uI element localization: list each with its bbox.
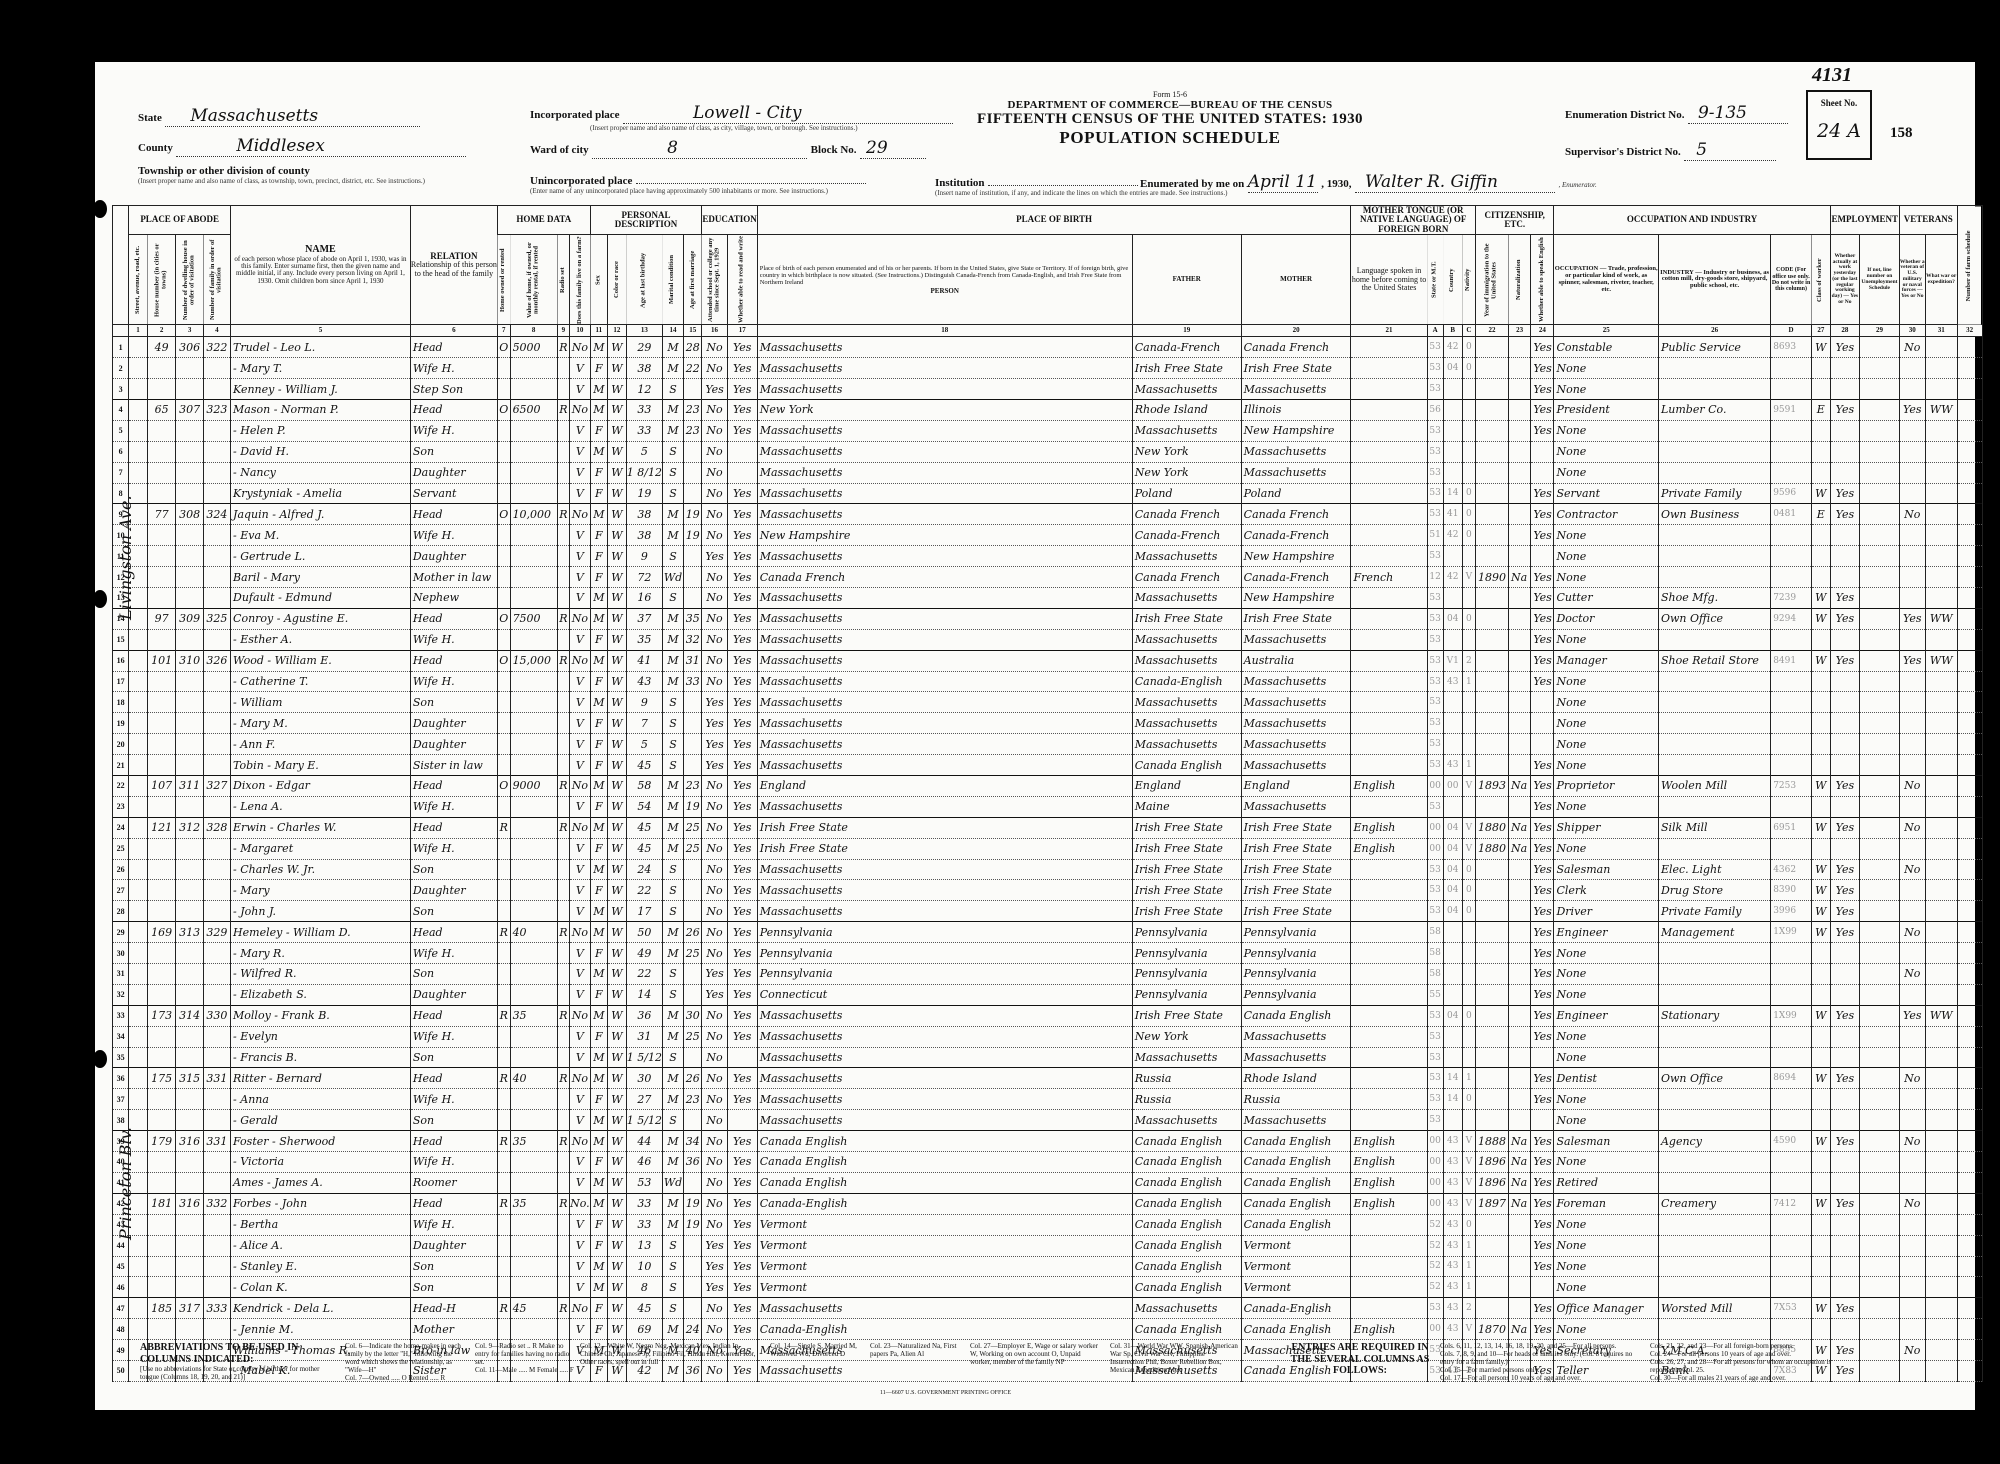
sex-cell: F xyxy=(590,734,607,755)
farm-cell: No xyxy=(570,817,591,838)
house-number-cell xyxy=(147,838,176,859)
read-write-cell: Yes xyxy=(727,650,757,671)
speaks-english-cell: Yes xyxy=(1531,1214,1554,1235)
farm-schedule-cell xyxy=(1957,1214,1982,1235)
farm-cell: V xyxy=(570,567,591,588)
race-cell: W xyxy=(608,1277,627,1298)
age-cell: 50 xyxy=(626,922,662,943)
age-cell: 24 xyxy=(626,859,662,880)
veteran-cell: Yes xyxy=(1899,1005,1925,1026)
immigration-year-cell: 1880 xyxy=(1475,838,1508,859)
marital-cell: S xyxy=(662,692,683,713)
unemployment-line-cell xyxy=(1860,567,1900,588)
home-value-cell xyxy=(510,859,557,880)
age-first-marriage-cell xyxy=(684,546,702,567)
enumerated-date: April 11 xyxy=(1248,172,1318,193)
family-number-cell xyxy=(203,462,230,483)
unincorporated-note: (Enter name of any unincorporated place … xyxy=(530,187,866,195)
occupation-code-cell xyxy=(1771,441,1812,462)
veteran-cell: No xyxy=(1899,1068,1925,1089)
age-first-marriage-cell: 30 xyxy=(684,1005,702,1026)
owned-rented-cell: R xyxy=(497,817,510,838)
naturalization-cell: Na xyxy=(1508,1152,1530,1173)
marital-cell: S xyxy=(662,462,683,483)
radio-cell: R xyxy=(557,608,569,629)
sex-cell: F xyxy=(590,1026,607,1047)
street-cell xyxy=(129,1298,148,1319)
race-cell: W xyxy=(608,525,627,546)
read-write-cell: Yes xyxy=(727,1277,757,1298)
code-b-cell: 14 xyxy=(1443,483,1462,504)
dwelling-number-cell xyxy=(176,1089,203,1110)
owned-rented-cell xyxy=(497,420,510,441)
code-a-cell: 53 xyxy=(1427,755,1443,776)
occupation-code-cell xyxy=(1771,964,1812,985)
unemployment-line-cell xyxy=(1860,671,1900,692)
person-name-cell: Trudel - Leo L. xyxy=(231,337,411,358)
table-row: 30- Mary R.Wife H.VFW49M25NoYesPennsylva… xyxy=(113,943,2000,964)
industry-cell xyxy=(1658,943,1770,964)
code-c-cell xyxy=(1462,1110,1475,1131)
street-cell xyxy=(129,629,148,650)
relation-cell: Step Son xyxy=(410,379,497,400)
code-b-cell xyxy=(1443,588,1462,609)
code-a-cell: 00 xyxy=(1427,1319,1443,1340)
house-number-cell: 49 xyxy=(147,337,176,358)
unemployment-line-cell xyxy=(1860,525,1900,546)
birthplace-father-cell: Irish Free State xyxy=(1132,880,1241,901)
unemployment-line-cell xyxy=(1860,734,1900,755)
family-number-cell: 330 xyxy=(203,1005,230,1026)
street-cell xyxy=(129,420,148,441)
farm-schedule-cell xyxy=(1957,1319,1982,1340)
read-write-cell: Yes xyxy=(727,1298,757,1319)
birthplace-mother-cell: Massachusetts xyxy=(1241,462,1351,483)
birthplace-person-cell: Vermont xyxy=(757,1214,1132,1235)
farm-cell: V xyxy=(570,1047,591,1068)
race-cell: W xyxy=(608,1235,627,1256)
speaks-english-cell: Yes xyxy=(1531,567,1554,588)
mother-tongue-cell: English xyxy=(1351,1152,1427,1173)
birthplace-person-cell: New York xyxy=(757,399,1132,420)
birthplace-mother-cell: Canada-French xyxy=(1241,567,1351,588)
occupation-cell: Engineer xyxy=(1554,922,1659,943)
line-number-header xyxy=(113,206,129,325)
code-c-cell: 1 xyxy=(1462,1277,1475,1298)
industry-cell: Management xyxy=(1658,922,1770,943)
age-first-marriage-cell xyxy=(684,734,702,755)
family-number-cell xyxy=(203,755,230,776)
class-of-worker-cell: W xyxy=(1811,337,1830,358)
occupation-cell: Cutter xyxy=(1554,588,1659,609)
house-number-cell: 97 xyxy=(147,608,176,629)
birthplace-person-cell: Massachusetts xyxy=(757,546,1132,567)
code-c-cell: 0 xyxy=(1462,504,1475,525)
relation-cell: Wife H. xyxy=(410,1026,497,1047)
line-number: 48 xyxy=(113,1319,129,1340)
birthplace-person-cell: Massachusetts xyxy=(757,1110,1132,1131)
age-cell: 72 xyxy=(626,567,662,588)
dwelling-number-cell xyxy=(176,1110,203,1131)
birthplace-mother-cell: Irish Free State xyxy=(1241,901,1351,922)
mother-tongue-cell xyxy=(1351,1089,1427,1110)
owned-rented-cell xyxy=(497,1026,510,1047)
veteran-cell xyxy=(1899,1110,1925,1131)
farm-cell: V xyxy=(570,1319,591,1340)
age-first-marriage-cell xyxy=(684,1172,702,1193)
class-of-worker-cell xyxy=(1811,1110,1830,1131)
home-data-header: HOME DATA xyxy=(497,206,590,235)
naturalization-cell xyxy=(1508,859,1530,880)
age-first-marriage-cell: 26 xyxy=(684,1068,702,1089)
line-number: 25 xyxy=(113,838,129,859)
birthplace-father-cell: Canada English xyxy=(1132,1172,1241,1193)
race-cell: W xyxy=(608,922,627,943)
person-name-cell: Forbes - John xyxy=(231,1193,411,1214)
war-cell xyxy=(1925,358,1957,379)
code-a-cell: 53 xyxy=(1427,441,1443,462)
speaks-english-cell: Yes xyxy=(1531,755,1554,776)
abbrev-col31: Col. 31—World War WW, Spanish-American W… xyxy=(1110,1342,1240,1374)
read-write-cell xyxy=(727,441,757,462)
read-write-cell: Yes xyxy=(727,1026,757,1047)
birthplace-mother-cell: Canada French xyxy=(1241,337,1351,358)
age-cell: 9 xyxy=(626,692,662,713)
immigration-header: Year of immigration to the United States xyxy=(1475,235,1508,325)
birthplace-mother-cell: Rhode Island xyxy=(1241,1068,1351,1089)
family-number-cell: 325 xyxy=(203,608,230,629)
immigration-year-cell xyxy=(1475,525,1508,546)
home-value-cell xyxy=(510,984,557,1005)
street-cell xyxy=(129,984,148,1005)
veteran-cell xyxy=(1899,441,1925,462)
immigration-year-cell xyxy=(1475,546,1508,567)
house-number-header: House number (in cities or towns) xyxy=(147,235,176,325)
person-name-cell: - Jennie M. xyxy=(231,1319,411,1340)
read-write-cell: Yes xyxy=(727,1005,757,1026)
home-value-cell xyxy=(510,441,557,462)
relation-cell: Head xyxy=(410,817,497,838)
sex-cell: F xyxy=(590,525,607,546)
class-of-worker-cell xyxy=(1811,692,1830,713)
farm-cell: No xyxy=(570,650,591,671)
naturalization-cell xyxy=(1508,1235,1530,1256)
at-work-cell: Yes xyxy=(1830,337,1859,358)
speaks-english-cell: Yes xyxy=(1531,964,1554,985)
industry-cell xyxy=(1658,713,1770,734)
birthplace-person-cell: Massachusetts xyxy=(757,462,1132,483)
unemployment-line-cell xyxy=(1860,483,1900,504)
radio-cell xyxy=(557,629,569,650)
mother-tongue-cell: French xyxy=(1351,567,1427,588)
marital-cell: M xyxy=(662,525,683,546)
farm-cell: V xyxy=(570,525,591,546)
birthplace-person-cell: Vermont xyxy=(757,1235,1132,1256)
owned-rented-cell xyxy=(497,1319,510,1340)
person-name-cell: Dixon - Edgar xyxy=(231,776,411,797)
farm-cell: V xyxy=(570,880,591,901)
speaks-english-cell: Yes xyxy=(1531,1319,1554,1340)
person-name-cell: - Wilfred R. xyxy=(231,964,411,985)
house-number-cell xyxy=(147,525,176,546)
read-write-cell: Yes xyxy=(727,859,757,880)
mother-tongue-cell xyxy=(1351,964,1427,985)
incorporated-label: Incorporated place xyxy=(530,109,620,121)
relation-cell: Head xyxy=(410,1005,497,1026)
supervisor-district-field: Supervisor's District No. 5 xyxy=(1565,140,1776,161)
war-cell xyxy=(1925,964,1957,985)
mother-tongue-header: MOTHER TONGUE (OR NATIVE LANGUAGE) OF FO… xyxy=(1351,206,1476,235)
code-b-cell xyxy=(1443,964,1462,985)
war-cell xyxy=(1925,859,1957,880)
naturalization-cell: Na xyxy=(1508,817,1530,838)
personal-description-header: PERSONAL DESCRIPTION xyxy=(590,206,702,235)
at-work-cell: Yes xyxy=(1830,1131,1859,1152)
birthplace-mother-cell: Irish Free State xyxy=(1241,608,1351,629)
class-of-worker-cell: W xyxy=(1811,901,1830,922)
radio-cell: R xyxy=(557,1131,569,1152)
table-row: 8Krystyniak - AmeliaServantVFW19SNoYesMa… xyxy=(113,483,2000,504)
birthplace-father-cell: Canada English xyxy=(1132,1193,1241,1214)
school-cell: No xyxy=(702,901,727,922)
dwelling-number-cell xyxy=(176,588,203,609)
table-row: 27- MaryDaughterVFW22SNoYesMassachusetts… xyxy=(113,880,2000,901)
code-a-header: State or M.T. xyxy=(1427,235,1443,325)
mother-tongue-cell xyxy=(1351,1214,1427,1235)
occupation-code-cell xyxy=(1771,713,1812,734)
class-of-worker-cell xyxy=(1811,546,1830,567)
birthplace-mother-cell: Irish Free State xyxy=(1241,817,1351,838)
code-c-cell xyxy=(1462,546,1475,567)
relation-cell: Wife H. xyxy=(410,1214,497,1235)
veteran-cell xyxy=(1899,713,1925,734)
class-of-worker-cell: W xyxy=(1811,483,1830,504)
mother-tongue-cell xyxy=(1351,1256,1427,1277)
naturalization-cell: Na xyxy=(1508,1172,1530,1193)
school-cell: No xyxy=(702,776,727,797)
mother-tongue-cell: English xyxy=(1351,1193,1427,1214)
age-cell: 33 xyxy=(626,399,662,420)
radio-cell xyxy=(557,713,569,734)
family-number-cell xyxy=(203,859,230,880)
table-row: 10- Eva M.Wife H.VFW38M19NoYesNew Hampsh… xyxy=(113,525,2000,546)
war-cell xyxy=(1925,1360,1957,1381)
age-first-marriage-cell xyxy=(684,1256,702,1277)
unemployment-line-cell xyxy=(1860,1047,1900,1068)
dwelling-number-header: Number of dwelling house in order of vis… xyxy=(176,235,203,325)
age-cell: 22 xyxy=(626,964,662,985)
mother-tongue-cell: English xyxy=(1351,1319,1427,1340)
family-number-cell xyxy=(203,379,230,400)
naturalization-cell xyxy=(1508,922,1530,943)
race-cell: W xyxy=(608,504,627,525)
code-a-cell: 52 xyxy=(1427,1256,1443,1277)
farm-schedule-cell xyxy=(1957,1110,1982,1131)
birthplace-mother-cell: Poland xyxy=(1241,483,1351,504)
dwelling-number-cell xyxy=(176,1277,203,1298)
age-cell: 43 xyxy=(626,671,662,692)
immigration-year-cell xyxy=(1475,734,1508,755)
occupation-code-cell xyxy=(1771,1026,1812,1047)
age-cell: 44 xyxy=(626,1131,662,1152)
birthplace-person-cell: Canada-English xyxy=(757,1193,1132,1214)
radio-cell: R xyxy=(557,776,569,797)
naturalization-cell xyxy=(1508,629,1530,650)
war-cell xyxy=(1925,1340,1957,1361)
at-work-cell: Yes xyxy=(1830,880,1859,901)
unemployment-line-cell xyxy=(1860,1131,1900,1152)
code-a-cell: 53 xyxy=(1427,1026,1443,1047)
occupation-cell: Contractor xyxy=(1554,504,1659,525)
at-work-cell xyxy=(1830,713,1859,734)
code-c-cell: 0 xyxy=(1462,337,1475,358)
sex-cell: F xyxy=(590,796,607,817)
radio-cell: R xyxy=(557,399,569,420)
farm-schedule-cell xyxy=(1957,901,1982,922)
table-row: 44- Alice A.DaughterVFW13SYesYesVermontC… xyxy=(113,1235,2000,1256)
code-b-cell: 43 xyxy=(1443,755,1462,776)
age-first-marriage-cell xyxy=(684,901,702,922)
class-of-worker-cell: E xyxy=(1811,399,1830,420)
sex-cell: F xyxy=(590,1235,607,1256)
war-cell xyxy=(1925,922,1957,943)
speak-english-header: Whether able to speak English xyxy=(1531,235,1554,325)
veteran-cell xyxy=(1899,671,1925,692)
table-row: 40- VictoriaWife H.VFW46M36NoYesCanada E… xyxy=(113,1152,2000,1173)
code-b-header: Country xyxy=(1443,235,1462,325)
war-cell xyxy=(1925,546,1957,567)
radio-cell: R xyxy=(557,1298,569,1319)
code-b-cell: 04 xyxy=(1443,1005,1462,1026)
school-cell: No xyxy=(702,838,727,859)
code-a-cell: 56 xyxy=(1427,399,1443,420)
birthplace-father-cell: Pennsylvania xyxy=(1132,943,1241,964)
race-cell: W xyxy=(608,964,627,985)
table-row: 11- Gertrude L.DaughterVFW9SYesYesMassac… xyxy=(113,546,2000,567)
sex-cell: F xyxy=(590,629,607,650)
birthplace-mother-cell: Russia xyxy=(1241,1089,1351,1110)
birthplace-mother-cell: Canada English xyxy=(1241,1193,1351,1214)
veteran-cell xyxy=(1899,1319,1925,1340)
sex-cell: F xyxy=(590,567,607,588)
relation-cell: Head xyxy=(410,504,497,525)
owned-rented-cell xyxy=(497,525,510,546)
race-cell: W xyxy=(608,734,627,755)
code-a-cell: 00 xyxy=(1427,817,1443,838)
birthplace-person-cell: Pennsylvania xyxy=(757,943,1132,964)
code-a-cell: 58 xyxy=(1427,943,1443,964)
class-of-worker-cell: E xyxy=(1811,504,1830,525)
birthplace-person-cell: Massachusetts xyxy=(757,713,1132,734)
relation-cell: Son xyxy=(410,901,497,922)
code-b-cell: 41 xyxy=(1443,504,1462,525)
read-write-cell: Yes xyxy=(727,1172,757,1193)
occupation-cell: None xyxy=(1554,1047,1659,1068)
sex-cell: M xyxy=(590,1256,607,1277)
family-number-cell xyxy=(203,671,230,692)
marital-cell: S xyxy=(662,546,683,567)
sex-cell: M xyxy=(590,1110,607,1131)
person-name-cell: Erwin - Charles W. xyxy=(231,817,411,838)
war-cell xyxy=(1925,838,1957,859)
race-cell: W xyxy=(608,441,627,462)
birthplace-person-cell: Massachusetts xyxy=(757,755,1132,776)
marital-cell: S xyxy=(662,755,683,776)
speaks-english-cell: Yes xyxy=(1531,420,1554,441)
column-number: 4 xyxy=(203,325,230,337)
race-cell: W xyxy=(608,796,627,817)
school-cell: No xyxy=(702,650,727,671)
column-number: 11 xyxy=(590,325,607,337)
street-cell xyxy=(129,776,148,797)
state-field: State Massachusetts xyxy=(138,106,420,127)
age-cell: 19 xyxy=(626,483,662,504)
table-row: 26- Charles W. Jr.SonVMW24SNoYesMassachu… xyxy=(113,859,2000,880)
veteran-cell xyxy=(1899,358,1925,379)
speaks-english-cell xyxy=(1531,734,1554,755)
person-name-cell: - Stanley E. xyxy=(231,1256,411,1277)
incorporated-note: (Insert proper name and also name of cla… xyxy=(530,124,953,132)
veteran-cell xyxy=(1899,984,1925,1005)
war-cell xyxy=(1925,796,1957,817)
war-cell xyxy=(1925,1256,1957,1277)
at-work-cell xyxy=(1830,692,1859,713)
marital-cell: S xyxy=(662,483,683,504)
industry-cell xyxy=(1658,629,1770,650)
age-first-marriage-cell xyxy=(684,1047,702,1068)
state-label: State xyxy=(138,112,162,124)
column-number: 27 xyxy=(1811,325,1830,337)
farm-schedule-cell xyxy=(1957,671,1982,692)
code-a-cell: 53 xyxy=(1427,859,1443,880)
house-number-cell xyxy=(147,629,176,650)
school-cell: Yes xyxy=(702,755,727,776)
owned-rented-cell xyxy=(497,1214,510,1235)
birthplace-father-cell: Rhode Island xyxy=(1132,399,1241,420)
war-cell xyxy=(1925,462,1957,483)
sex-cell: F xyxy=(590,1214,607,1235)
sd-value: 5 xyxy=(1684,140,1776,161)
birthplace-father-cell: Irish Free State xyxy=(1132,838,1241,859)
code-c-cell xyxy=(1462,462,1475,483)
birthplace-mother-cell: Canada English xyxy=(1241,1214,1351,1235)
immigration-year-cell: 1893 xyxy=(1475,776,1508,797)
school-cell: No xyxy=(702,1214,727,1235)
code-a-cell: 53 xyxy=(1427,1068,1443,1089)
marital-cell: S xyxy=(662,441,683,462)
immigration-year-cell xyxy=(1475,1214,1508,1235)
radio-cell xyxy=(557,1319,569,1340)
table-row: 12Baril - MaryMother in lawVFW72WdNoYesC… xyxy=(113,567,2000,588)
house-number-cell xyxy=(147,692,176,713)
dwelling-number-cell xyxy=(176,1235,203,1256)
family-number-cell xyxy=(203,1319,230,1340)
age-cell: 30 xyxy=(626,1068,662,1089)
speaks-english-cell: Yes xyxy=(1531,588,1554,609)
person-name-cell: - Evelyn xyxy=(231,1026,411,1047)
read-write-cell: Yes xyxy=(727,1193,757,1214)
farm-schedule-cell xyxy=(1957,817,1982,838)
street-cell xyxy=(129,337,148,358)
class-of-worker-cell: W xyxy=(1811,922,1830,943)
code-b-cell xyxy=(1443,379,1462,400)
war-cell xyxy=(1925,483,1957,504)
birthplace-father-cell: Irish Free State xyxy=(1132,608,1241,629)
owned-rented-cell: O xyxy=(497,608,510,629)
industry-cell: Shoe Mfg. xyxy=(1658,588,1770,609)
war-cell xyxy=(1925,567,1957,588)
naturalization-cell: Na xyxy=(1508,567,1530,588)
